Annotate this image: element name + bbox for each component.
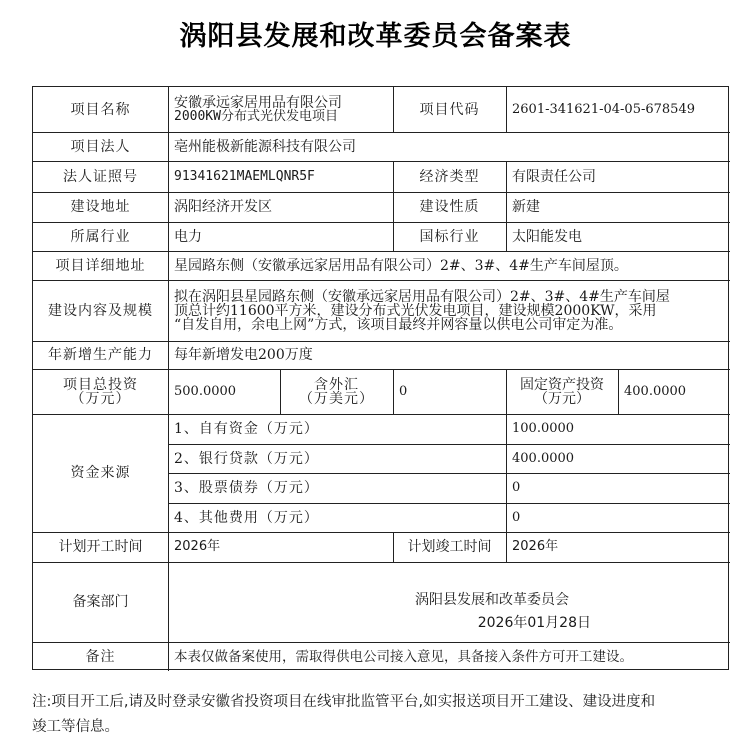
remarks-label: 备注: [33, 642, 168, 671]
economic-type-value: 有限责任公司: [506, 161, 730, 192]
funding-item-value: 100.0000: [506, 414, 730, 444]
funding-item-value: 400.0000: [506, 444, 730, 473]
funding-source-label: 资金来源: [33, 414, 168, 532]
license-label: 法人证照号: [33, 161, 168, 192]
fixed-asset-label-line1: 固定资产投资: [520, 378, 604, 392]
fixed-asset-value: 400.0000: [618, 369, 730, 414]
total-investment-value: 500.0000: [168, 369, 280, 414]
footnote-line1: 注:项目开工后,请及时登录安徽省投资项目在线审批监管平台,如实报送项目开工建设、…: [32, 690, 732, 715]
national-industry-label: 国标行业: [393, 222, 506, 251]
scope-line3: “自发自用，余电上网”方式，该项目最终并网容量以供电公司审定为准。: [174, 318, 622, 332]
legal-entity-label: 项目法人: [33, 132, 168, 161]
funding-item-value: 0: [506, 473, 730, 503]
total-investment-label-line2: （万元）: [71, 392, 131, 406]
planned-completion-value: 2026年: [506, 532, 730, 562]
fixed-asset-label-line2: （万元）: [534, 392, 590, 406]
foreign-exchange-label: 含外汇 （万美元）: [280, 369, 393, 414]
filing-date: 2026年01月28日: [478, 616, 591, 630]
filing-table: 项目名称 安徽承远家居用品有限公司 2000KW分布式光伏发电项目 项目代码 2…: [32, 86, 729, 670]
address-label: 项目详细地址: [33, 251, 168, 280]
project-code-value: 2601-341621-04-05-678549: [506, 87, 730, 132]
capacity-value: 每年新增发电200万度: [168, 341, 730, 369]
department-name: 涡阳县发展和改革委员会: [415, 593, 569, 607]
project-name-line2: 2000KW分布式光伏发电项目: [174, 110, 338, 124]
footnote-line2: 竣工等信息。: [32, 715, 732, 740]
scope-line1: 拟在涡阳县星园路东侧（安徽承远家居用品有限公司）2#、3#、4#生产车间屋: [174, 290, 670, 304]
remarks-value: 本表仅做备案使用，需取得供电公司接入意见，具备接入条件方可开工建设。: [168, 642, 730, 671]
planned-completion-label: 计划竣工时间: [393, 532, 506, 562]
planned-start-value: 2026年: [168, 532, 393, 562]
funding-item-label: 4、其他费用（万元）: [168, 503, 506, 532]
site-value: 涡阳经济开发区: [168, 192, 393, 222]
fixed-asset-label: 固定资产投资 （万元）: [506, 369, 618, 414]
funding-item-value: 0: [506, 503, 730, 532]
legal-entity-value: 亳州能极新能源科技有限公司: [168, 132, 730, 161]
foreign-exchange-label-line1: 含外汇: [314, 378, 359, 392]
footnote: 注:项目开工后,请及时登录安徽省投资项目在线审批监管平台,如实报送项目开工建设、…: [32, 690, 732, 740]
project-code-label: 项目代码: [393, 87, 506, 132]
scope-value: 拟在涡阳县星园路东侧（安徽承远家居用品有限公司）2#、3#、4#生产车间屋 顶总…: [168, 280, 730, 341]
filing-department-value: 涡阳县发展和改革委员会 2026年01月28日: [168, 562, 730, 642]
license-value: 91341621MAEMLQNR5F: [168, 161, 393, 192]
economic-type-label: 经济类型: [393, 161, 506, 192]
national-industry-value: 太阳能发电: [506, 222, 730, 251]
funding-item-label: 2、银行贷款（万元）: [168, 444, 506, 473]
document-title: 涡阳县发展和改革委员会备案表: [0, 14, 751, 53]
foreign-exchange-value: 0: [393, 369, 506, 414]
industry-label: 所属行业: [33, 222, 168, 251]
construction-nature-value: 新建: [506, 192, 730, 222]
scope-label: 建设内容及规模: [33, 280, 168, 341]
capacity-label: 年新增生产能力: [33, 341, 168, 369]
total-investment-label: 项目总投资 （万元）: [33, 369, 168, 414]
site-label: 建设地址: [33, 192, 168, 222]
filing-department-label: 备案部门: [33, 562, 168, 642]
project-name-label: 项目名称: [33, 87, 168, 132]
project-name-value: 安徽承远家居用品有限公司 2000KW分布式光伏发电项目: [168, 87, 393, 132]
funding-item-label: 3、股票债券（万元）: [168, 473, 506, 503]
project-name-line1: 安徽承远家居用品有限公司: [174, 96, 342, 110]
funding-item-label: 1、自有资金（万元）: [168, 414, 506, 444]
foreign-exchange-label-line2: （万美元）: [299, 392, 374, 406]
industry-value: 电力: [168, 222, 393, 251]
construction-nature-label: 建设性质: [393, 192, 506, 222]
planned-start-label: 计划开工时间: [33, 532, 168, 562]
total-investment-label-line1: 项目总投资: [63, 378, 138, 392]
address-value: 星园路东侧（安徽承远家居用品有限公司）2#、3#、4#生产车间屋顶。: [168, 251, 730, 280]
scope-line2: 顶总计约11600平方米，建设分布式光伏发电项目，建设规模2000KW，采用: [174, 304, 657, 318]
